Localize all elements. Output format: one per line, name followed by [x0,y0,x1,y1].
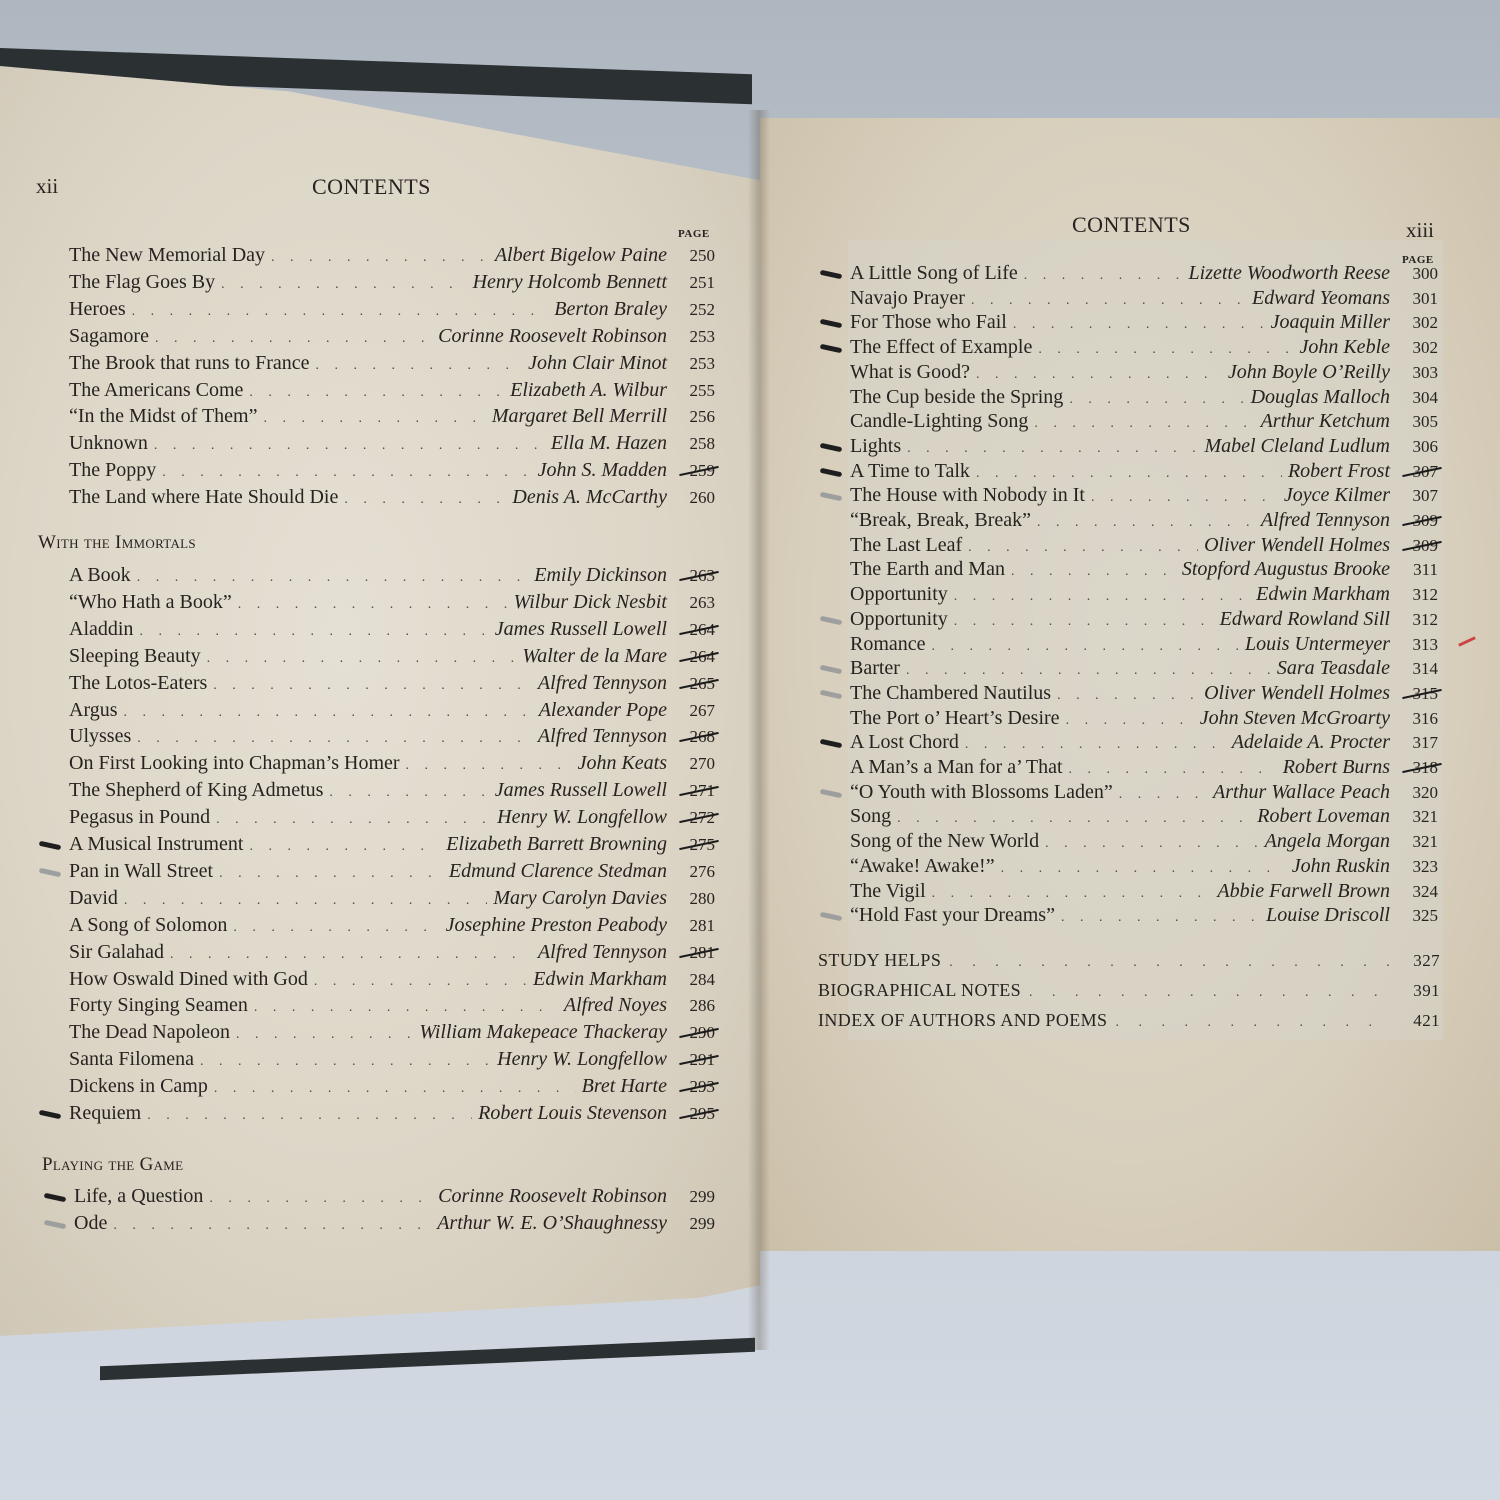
poem-author: Corinne Roosevelt Robinson [438,1185,667,1208]
poem-title: Sagamore [69,325,149,348]
poem-title: Navajo Prayer [850,287,965,310]
page-number-struck: 265 [667,674,715,694]
toc-entry: What is Good?John Boyle O’Reilly303 [850,361,1438,387]
dot-leader [971,293,1246,309]
poem-author: Ella M. Hazen [551,432,667,455]
toc-entry: RequiemRobert Louis Stevenson295 [69,1102,715,1128]
dot-leader [949,955,1392,971]
toc-entry: SongRobert Loveman321 [850,805,1438,831]
dot-leader [170,947,532,963]
page-number: 324 [1390,882,1438,902]
poem-title: A Man’s a Man for a’ That [850,756,1063,779]
poem-author: Joaquin Miller [1271,311,1390,334]
poem-author: Elizabeth A. Wilbur [510,379,667,402]
dot-leader [316,358,523,374]
poem-title: Ode [74,1212,107,1235]
dot-leader [139,624,488,640]
poem-author: Stopford Augustus Brooke [1182,558,1390,581]
toc-entry: The Lotos-EatersAlfred Tennyson265 [69,672,715,698]
dot-leader [1029,985,1392,1001]
dot-leader [976,367,1222,383]
poem-author: John Keble [1299,336,1390,359]
poem-title: A Song of Solomon [69,914,227,937]
page-number-struck: 309 [1390,536,1438,556]
poem-title: The Chambered Nautilus [850,682,1051,705]
dot-leader [162,465,531,481]
dot-leader [238,597,508,613]
toc-entry: The Brook that runs to FranceJohn Clair … [69,352,715,378]
toc-entry: Song of the New WorldAngela Morgan321 [850,830,1438,856]
dot-leader [124,705,533,721]
page-number-struck: 309 [1390,511,1438,531]
dot-leader [236,1027,413,1043]
poem-title: Song [850,805,891,828]
dot-leader [271,250,489,266]
dot-leader [155,331,432,347]
left-page-column-label: PAGE [678,228,710,240]
left-running-head: CONTENTS [312,174,431,200]
poem-title: On First Looking into Chapman’s Homer [69,752,400,775]
poem-title: A Lost Chord [850,731,959,754]
page-number: 267 [667,701,715,721]
poem-title: The Cup beside the Spring [850,386,1063,409]
toc-entry: UnknownElla M. Hazen258 [69,432,715,458]
page-number-struck: 318 [1390,758,1438,778]
dot-leader [233,920,439,936]
poem-title: Pan in Wall Street [69,860,213,883]
poem-author: Sara Teasdale [1277,657,1390,680]
page-number-struck: 307 [1390,462,1438,482]
dot-leader [1115,1015,1392,1031]
page-number: 321 [1390,807,1438,827]
poem-title: The Lotos-Eaters [69,672,207,695]
poem-title: Santa Filomena [69,1048,194,1071]
toc-entry: A BookEmily Dickinson263 [69,564,715,590]
dot-leader [132,304,549,320]
poem-title: The Last Leaf [850,534,962,557]
page-number-struck: 271 [667,781,715,801]
poem-author: Joyce Kilmer [1284,484,1390,507]
page-number-struck: 268 [667,727,715,747]
dot-leader [965,737,1226,753]
page-number: 302 [1390,338,1438,358]
toc-entry: RomanceLouis Untermeyer313 [850,633,1438,659]
dot-leader [113,1218,431,1234]
page-number-struck: 293 [667,1077,715,1097]
page-number: 253 [667,327,715,347]
poem-title: “Who Hath a Book” [69,591,232,614]
dot-leader [954,589,1250,605]
toc-entry: How Oswald Dined with GodEdwin Markham28… [69,968,715,994]
left-folio: xii [36,174,58,199]
poem-author: Louise Driscoll [1266,904,1390,927]
dot-leader [137,731,532,747]
dot-leader [214,1081,576,1097]
page-number: 252 [667,300,715,320]
poem-title: Ulysses [69,725,131,748]
dot-leader [329,785,488,801]
poem-author: Oliver Wendell Holmes [1204,682,1390,705]
poem-title: For Those who Fail [850,311,1007,334]
poem-title: The Shepherd of King Admetus [69,779,323,802]
poem-title: The Vigil [850,880,926,903]
toc-entry: A Time to TalkRobert Frost307 [850,460,1438,486]
dot-leader [1057,688,1198,704]
dot-leader [976,466,1282,482]
dot-leader [1069,762,1277,778]
dot-leader [221,277,467,293]
toc-entry: OpportunityEdwin Markham312 [850,583,1438,609]
poem-title: “Awake! Awake!” [850,855,995,878]
dot-leader [406,758,572,774]
poem-author: John Clair Minot [528,352,667,375]
dot-leader [1066,713,1194,729]
toc-entry: Pegasus in PoundHenry W. Longfellow272 [69,806,715,832]
toc-entry: The Land where Hate Should DieDenis A. M… [69,486,715,512]
toc-entry: A Lost ChordAdelaide A. Procter317 [850,731,1438,757]
section-heading: With the Immortals [38,532,196,554]
poem-author: Denis A. McCarthy [512,486,667,509]
page-number: 263 [667,593,715,613]
poem-author: Margaret Bell Merrill [492,405,667,428]
page-number: 258 [667,434,715,454]
poem-title: “O Youth with Blossoms Laden” [850,781,1113,804]
dot-leader [1119,787,1207,803]
dot-leader [1013,317,1265,333]
toc-entry: The Earth and ManStopford Augustus Brook… [850,558,1438,584]
page-number: 251 [667,273,715,293]
dot-leader [1011,564,1176,580]
poem-author: Bret Harte [582,1075,667,1098]
page-number-struck: 272 [667,808,715,828]
poem-author: Emily Dickinson [534,564,667,587]
page-number: 300 [1390,264,1438,284]
poem-author: Arthur Wallace Peach [1213,781,1390,804]
section-heading: Playing the Game [42,1154,183,1176]
book-gutter [748,110,770,1350]
page-number: 391 [1400,981,1440,1001]
poem-title: The Effect of Example [850,336,1032,359]
dot-leader [907,441,1198,457]
toc-entry: Santa FilomenaHenry W. Longfellow291 [69,1048,715,1074]
dot-leader [216,812,491,828]
poem-author: Oliver Wendell Holmes [1204,534,1390,557]
poem-title: How Oswald Dined with God [69,968,308,991]
page-number: 286 [667,996,715,1016]
page-number: 421 [1400,1011,1440,1031]
toc-entry: The Shepherd of King AdmetusJames Russel… [69,779,715,805]
dot-leader [200,1054,491,1070]
poem-author: Henry W. Longfellow [497,1048,667,1071]
page-number: 255 [667,381,715,401]
dot-leader [1034,416,1254,432]
poem-title: The House with Nobody in It [850,484,1085,507]
toc-entry: The Flag Goes ByHenry Holcomb Bennett251 [69,271,715,297]
dot-leader [147,1108,472,1124]
page-number: 313 [1390,635,1438,655]
poem-author: John Ruskin [1292,855,1390,878]
page-number: 256 [667,407,715,427]
poem-author: Josephine Preston Peabody [446,914,667,937]
page-number: 281 [667,916,715,936]
page-number: 314 [1390,659,1438,679]
poem-author: John S. Madden [538,459,667,482]
back-matter-title: STUDY HELPS [818,950,941,971]
poem-title: The Americans Come [69,379,243,402]
dot-leader [1024,268,1183,284]
toc-entry: ArgusAlexander Pope267 [69,699,715,725]
poem-author: John Steven McGroarty [1200,707,1390,730]
page-number: 305 [1390,412,1438,432]
poem-author: Arthur W. E. O’Shaughnessy [437,1212,667,1235]
toc-entry: Life, a QuestionCorinne Roosevelt Robins… [74,1185,715,1211]
dot-leader [124,893,487,909]
toc-entry: “Hold Fast your Dreams”Louise Driscoll32… [850,904,1438,930]
poem-title: A Little Song of Life [850,262,1018,285]
poem-author: Alfred Tennyson [538,725,667,748]
poem-author: Edward Yeomans [1252,287,1390,310]
page-number: 304 [1390,388,1438,408]
poem-title: David [69,887,118,910]
toc-entry: The Chambered NautilusOliver Wendell Hol… [850,682,1438,708]
toc-entry: Forty Singing SeamenAlfred Noyes286 [69,994,715,1020]
dot-leader [254,1000,558,1016]
poem-title: Candle-Lighting Song [850,410,1028,433]
poem-author: Louis Untermeyer [1245,633,1390,656]
poem-author: James Russell Lowell [495,618,667,641]
dot-leader [1069,392,1244,408]
poem-title: Dickens in Camp [69,1075,208,1098]
toc-entry: Navajo PrayerEdward Yeomans301 [850,287,1438,313]
poem-author: Adelaide A. Procter [1232,731,1390,754]
page-number-struck: 315 [1390,684,1438,704]
right-running-head: CONTENTS [1072,212,1191,238]
poem-title: A Time to Talk [850,460,970,483]
page-number: 307 [1390,486,1438,506]
dot-leader [897,811,1251,827]
poem-title: Argus [69,699,118,722]
poem-title: Opportunity [850,608,948,631]
poem-title: The Dead Napoleon [69,1021,230,1044]
back-matter-entry: INDEX OF AUTHORS AND POEMS421 [818,1010,1440,1031]
page-number: 299 [667,1214,715,1234]
poem-title: Forty Singing Seamen [69,994,248,1017]
page-number: 312 [1390,610,1438,630]
page-number: 280 [667,889,715,909]
poem-title: Song of the New World [850,830,1039,853]
back-matter-entry: BIOGRAPHICAL NOTES391 [818,980,1440,1001]
poem-title: Heroes [69,298,126,321]
toc-entry: A Little Song of LifeLizette Woodworth R… [850,262,1438,288]
toc-entry: The New Memorial DayAlbert Bigelow Paine… [69,244,715,270]
back-matter-title: INDEX OF AUTHORS AND POEMS [818,1010,1107,1031]
dot-leader [1038,342,1293,358]
dot-leader [207,651,517,667]
poem-author: Alexander Pope [539,699,667,722]
dot-leader [154,438,545,454]
toc-entry: A Musical InstrumentElizabeth Barrett Br… [69,833,715,859]
page-number: 303 [1390,363,1438,383]
toc-entry: The Cup beside the SpringDouglas Malloch… [850,386,1438,412]
poem-author: Mary Carolyn Davies [493,887,667,910]
poem-author: Douglas Malloch [1251,386,1390,409]
toc-entry: Sir GalahadAlfred Tennyson281 [69,941,715,967]
poem-author: John Boyle O’Reilly [1228,361,1390,384]
dot-leader [213,678,532,694]
poem-title: Lights [850,435,901,458]
toc-entry: SagamoreCorinne Roosevelt Robinson253 [69,325,715,351]
toc-entry: OpportunityEdward Rowland Sill312 [850,608,1438,634]
page-number-struck: 263 [667,566,715,586]
page-number: 276 [667,862,715,882]
dot-leader [1091,490,1278,506]
poem-author: Elizabeth Barrett Browning [446,833,667,856]
dot-leader [219,866,443,882]
poem-title: Unknown [69,432,148,455]
poem-author: Henry Holcomb Bennett [473,271,667,294]
toc-entry: The Port o’ Heart’s DesireJohn Steven Mc… [850,707,1438,733]
poem-author: Wilbur Dick Nesbit [514,591,667,614]
toc-entry: The Dead NapoleonWilliam Makepeace Thack… [69,1021,715,1047]
toc-entry: A Song of SolomonJosephine Preston Peabo… [69,914,715,940]
toc-entry: “O Youth with Blossoms Laden”Arthur Wall… [850,781,1438,807]
page-number: 299 [667,1187,715,1207]
poem-author: Robert Burns [1283,756,1390,779]
dot-leader [932,639,1239,655]
poem-author: Robert Louis Stevenson [478,1102,667,1125]
back-matter-entry: STUDY HELPS327 [818,950,1440,971]
toc-entry: AladdinJames Russell Lowell264 [69,618,715,644]
toc-entry: The Last LeafOliver Wendell Holmes309 [850,534,1438,560]
poem-title: A Musical Instrument [69,833,243,856]
toc-entry: UlyssesAlfred Tennyson268 [69,725,715,751]
dot-leader [1001,861,1286,877]
poem-author: Robert Frost [1288,460,1390,483]
page-number-struck: 295 [667,1104,715,1124]
page-number: 320 [1390,783,1438,803]
toc-entry: “Break, Break, Break”Alfred Tennyson309 [850,509,1438,535]
toc-entry: For Those who FailJoaquin Miller302 [850,311,1438,337]
dot-leader [968,540,1198,556]
toc-entry: OdeArthur W. E. O’Shaughnessy299 [74,1212,715,1238]
poem-author: James Russell Lowell [495,779,667,802]
page-number: 311 [1390,560,1438,580]
dot-leader [906,663,1271,679]
poem-title: The New Memorial Day [69,244,265,267]
toc-entry: Dickens in CampBret Harte293 [69,1075,715,1101]
page-number: 321 [1390,832,1438,852]
poem-title: Pegasus in Pound [69,806,210,829]
poem-author: Mabel Cleland Ludlum [1204,435,1390,458]
poem-author: Abbie Farwell Brown [1217,880,1390,903]
poem-title: The Flag Goes By [69,271,215,294]
poem-author: Alfred Tennyson [538,672,667,695]
page-number: 327 [1400,951,1440,971]
poem-author: William Makepeace Thackeray [419,1021,667,1044]
page-number: 260 [667,488,715,508]
toc-entry: The Americans ComeElizabeth A. Wilbur255 [69,379,715,405]
page-number: 250 [667,246,715,266]
page-number: 325 [1390,906,1438,926]
poem-title: “Break, Break, Break” [850,509,1031,532]
page-number-struck: 264 [667,620,715,640]
dot-leader [1045,836,1259,852]
poem-title: Aladdin [69,618,133,641]
page-number-struck: 281 [667,943,715,963]
toc-entry: The House with Nobody in ItJoyce Kilmer3… [850,484,1438,510]
book-cover-bottom-edge [100,1338,755,1381]
poem-author: Alfred Tennyson [1261,509,1390,532]
toc-entry: Candle-Lighting SongArthur Ketchum305 [850,410,1438,436]
toc-entry: The Effect of ExampleJohn Keble302 [850,336,1438,362]
poem-title: Opportunity [850,583,948,606]
toc-entry: A Man’s a Man for a’ ThatRobert Burns318 [850,756,1438,782]
poem-title: The Brook that runs to France [69,352,310,375]
poem-author: Corinne Roosevelt Robinson [438,325,667,348]
dot-leader [314,974,527,990]
toc-entry: “Who Hath a Book”Wilbur Dick Nesbit263 [69,591,715,617]
toc-entry: LightsMabel Cleland Ludlum306 [850,435,1438,461]
page-number: 317 [1390,733,1438,753]
dot-leader [249,839,440,855]
page-number: 302 [1390,313,1438,333]
poem-author: Edwin Markham [533,968,667,991]
toc-entry: The PoppyJohn S. Madden259 [69,459,715,485]
poem-author: Arthur Ketchum [1261,410,1390,433]
poem-title: “Hold Fast your Dreams” [850,904,1055,927]
page-number-struck: 275 [667,835,715,855]
dot-leader [249,385,504,401]
toc-entry: The VigilAbbie Farwell Brown324 [850,880,1438,906]
poem-author: Henry W. Longfellow [497,806,667,829]
dot-leader [344,492,506,508]
dot-leader [932,886,1212,902]
poem-author: Berton Braley [554,298,667,321]
poem-author: Edward Rowland Sill [1220,608,1390,631]
poem-title: The Earth and Man [850,558,1005,581]
poem-author: Walter de la Mare [522,645,667,668]
poem-title: The Port o’ Heart’s Desire [850,707,1060,730]
poem-title: A Book [69,564,131,587]
toc-entry: “In the Midst of Them”Margaret Bell Merr… [69,405,715,431]
page-number: 270 [667,754,715,774]
poem-title: Sleeping Beauty [69,645,201,668]
poem-title: Barter [850,657,900,680]
poem-title: “In the Midst of Them” [69,405,257,428]
poem-title: What is Good? [850,361,970,384]
poem-author: Lizette Woodworth Reese [1189,262,1390,285]
poem-author: Albert Bigelow Paine [495,244,667,267]
poem-title: The Land where Hate Should Die [69,486,338,509]
toc-entry: Pan in Wall StreetEdmund Clarence Stedma… [69,860,715,886]
dot-leader [137,570,529,586]
toc-entry: “Awake! Awake!”John Ruskin323 [850,855,1438,881]
page-number: 253 [667,354,715,374]
dot-leader [209,1191,432,1207]
poem-author: John Keats [578,752,667,775]
poem-title: Requiem [69,1102,141,1125]
poem-title: Sir Galahad [69,941,164,964]
page-number: 312 [1390,585,1438,605]
page-number-struck: 290 [667,1023,715,1043]
poem-author: Edwin Markham [1256,583,1390,606]
toc-entry: On First Looking into Chapman’s HomerJoh… [69,752,715,778]
page-number: 306 [1390,437,1438,457]
poem-title: Romance [850,633,926,656]
page-number: 284 [667,970,715,990]
dot-leader [1061,910,1260,926]
poem-title: Life, a Question [74,1185,203,1208]
